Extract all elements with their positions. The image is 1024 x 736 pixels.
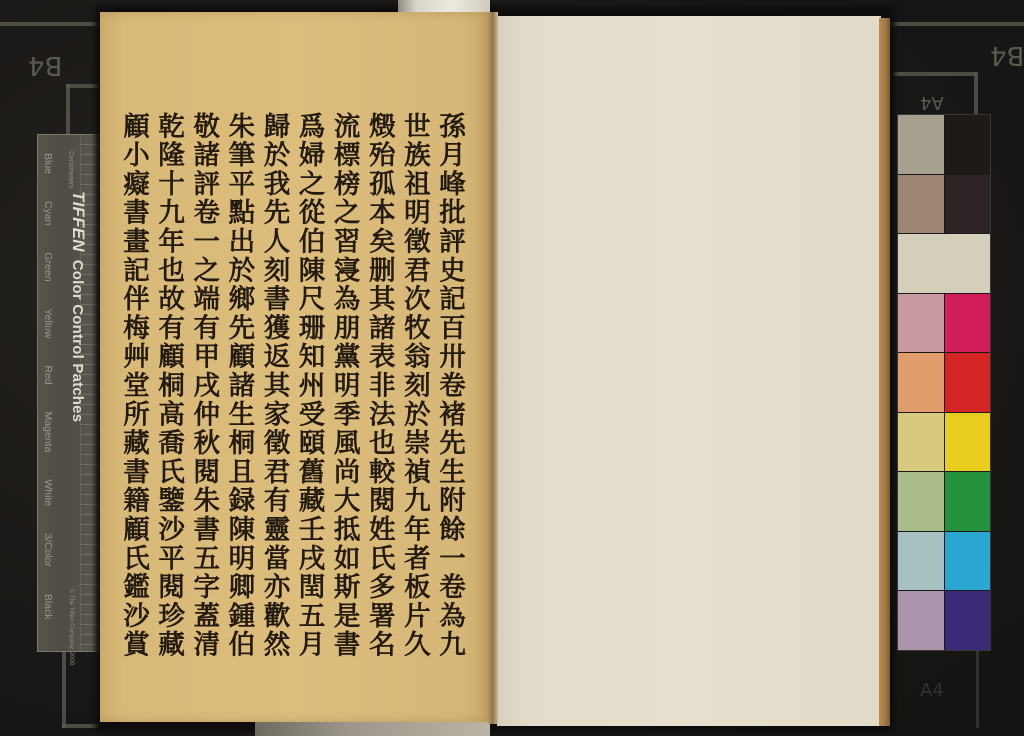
color-patch-yellow bbox=[945, 413, 991, 472]
text-column-5: 爲婦之從伯陳尺珊知州受頤舊藏壬戌閏五月 bbox=[292, 112, 326, 702]
tiffen-color-control-strip: Centimeters Blue Cyan Green Yellow Red M… bbox=[37, 134, 100, 652]
swatch-label-blue: Blue bbox=[42, 153, 54, 174]
color-patch-white bbox=[898, 234, 990, 293]
color-patch-pale-violet bbox=[898, 591, 944, 650]
registration-label-chart-bottom: A4 bbox=[920, 680, 944, 701]
text-column-3: 燬殆孤本矣删其諸表非法也較閱姓氏多署名 bbox=[362, 112, 396, 702]
registration-label-top-right: B4 bbox=[990, 40, 1024, 70]
registration-line-bottom-left-v bbox=[62, 652, 66, 728]
color-patch-indigo bbox=[945, 591, 991, 650]
swatch-labels: Blue Cyan Green Yellow Red Magenta White… bbox=[42, 153, 54, 644]
color-patch-dark-brown bbox=[945, 175, 991, 234]
swatch-label-black: Black bbox=[42, 594, 54, 620]
text-column-10: 顧小癡書畫記伴梅艸堂所藏書籍顧氏鑑沙賞 bbox=[116, 112, 150, 702]
color-patch-pale-green bbox=[898, 472, 944, 531]
color-patch-black bbox=[945, 115, 991, 174]
swatch-label-yellow: Yellow bbox=[42, 308, 54, 338]
color-patch-taupe bbox=[898, 175, 944, 234]
text-column-6: 歸於我先人刻書獲返其家徵君有靈當亦歡然 bbox=[256, 112, 290, 702]
tiffen-logo: TIFFEN bbox=[69, 191, 88, 252]
page-edge-stack bbox=[879, 18, 890, 726]
book-gutter bbox=[488, 12, 498, 724]
swatch-label-cyan: Cyan bbox=[42, 201, 54, 226]
text-column-2: 世族祖明徵君次牧翁刻於崇禎九年者板片久 bbox=[397, 112, 431, 702]
binding-tab-bottom bbox=[255, 722, 490, 736]
color-patch-pale-cyan bbox=[898, 532, 944, 591]
registration-line-left-frame-v bbox=[66, 84, 70, 136]
color-patch-magenta bbox=[945, 294, 991, 353]
tiffen-copyright: © The Tiffen Company, 2000 bbox=[68, 589, 74, 665]
text-column-1: 孫月峰批評史記百卅卷褚先生附餘一卷為九 bbox=[432, 112, 466, 702]
registration-label-top-left: B4 bbox=[28, 50, 62, 80]
swatch-label-magenta: Magenta bbox=[42, 412, 54, 453]
registration-line-bottom-right-v bbox=[976, 648, 979, 728]
swatch-label-green: Green bbox=[42, 252, 54, 281]
color-patch-light-gray bbox=[898, 115, 944, 174]
vertical-text-block: 孫月峰批評史記百卅卷褚先生附餘一卷為九 世族祖明徵君次牧翁刻於崇禎九年者板片久 … bbox=[116, 112, 466, 702]
text-column-4: 流標榜之習寖為朋黨明季風尚大抵如斯是書 bbox=[327, 112, 361, 702]
swatch-label-3color: 3/Color bbox=[42, 533, 54, 567]
color-patch-green bbox=[945, 472, 991, 531]
right-page-blank bbox=[497, 16, 881, 726]
swatch-label-white: White bbox=[42, 479, 54, 506]
color-patch-pale-pink bbox=[898, 294, 944, 353]
registration-label-chart-top: A4 bbox=[920, 92, 944, 113]
color-patch-chart bbox=[897, 114, 991, 651]
text-column-8: 敬諸評卷一之端有甲戌仲秋閱朱書五字蓋清 bbox=[186, 112, 220, 702]
tiffen-brand-title: TIFFENColor Control Patches bbox=[68, 191, 88, 422]
color-patch-red bbox=[945, 353, 991, 412]
color-patch-pale-yellow bbox=[898, 413, 944, 472]
registration-line-right-frame-h bbox=[893, 72, 977, 76]
swatch-label-red: Red bbox=[42, 365, 54, 384]
text-column-7: 朱筆平點出於鄉先顧諸生桐且録陳明卿鍾伯 bbox=[221, 112, 255, 702]
color-patch-cyan bbox=[945, 532, 991, 591]
registration-line-right-frame-v bbox=[974, 72, 978, 116]
color-patch-pale-orange bbox=[898, 353, 944, 412]
text-column-9: 乾隆十九年也故有顧桐高喬氏鑒沙平閱珍藏 bbox=[151, 112, 185, 702]
ruler-units-label: Centimeters bbox=[67, 151, 74, 189]
tiffen-title: Color Control Patches bbox=[69, 260, 86, 423]
